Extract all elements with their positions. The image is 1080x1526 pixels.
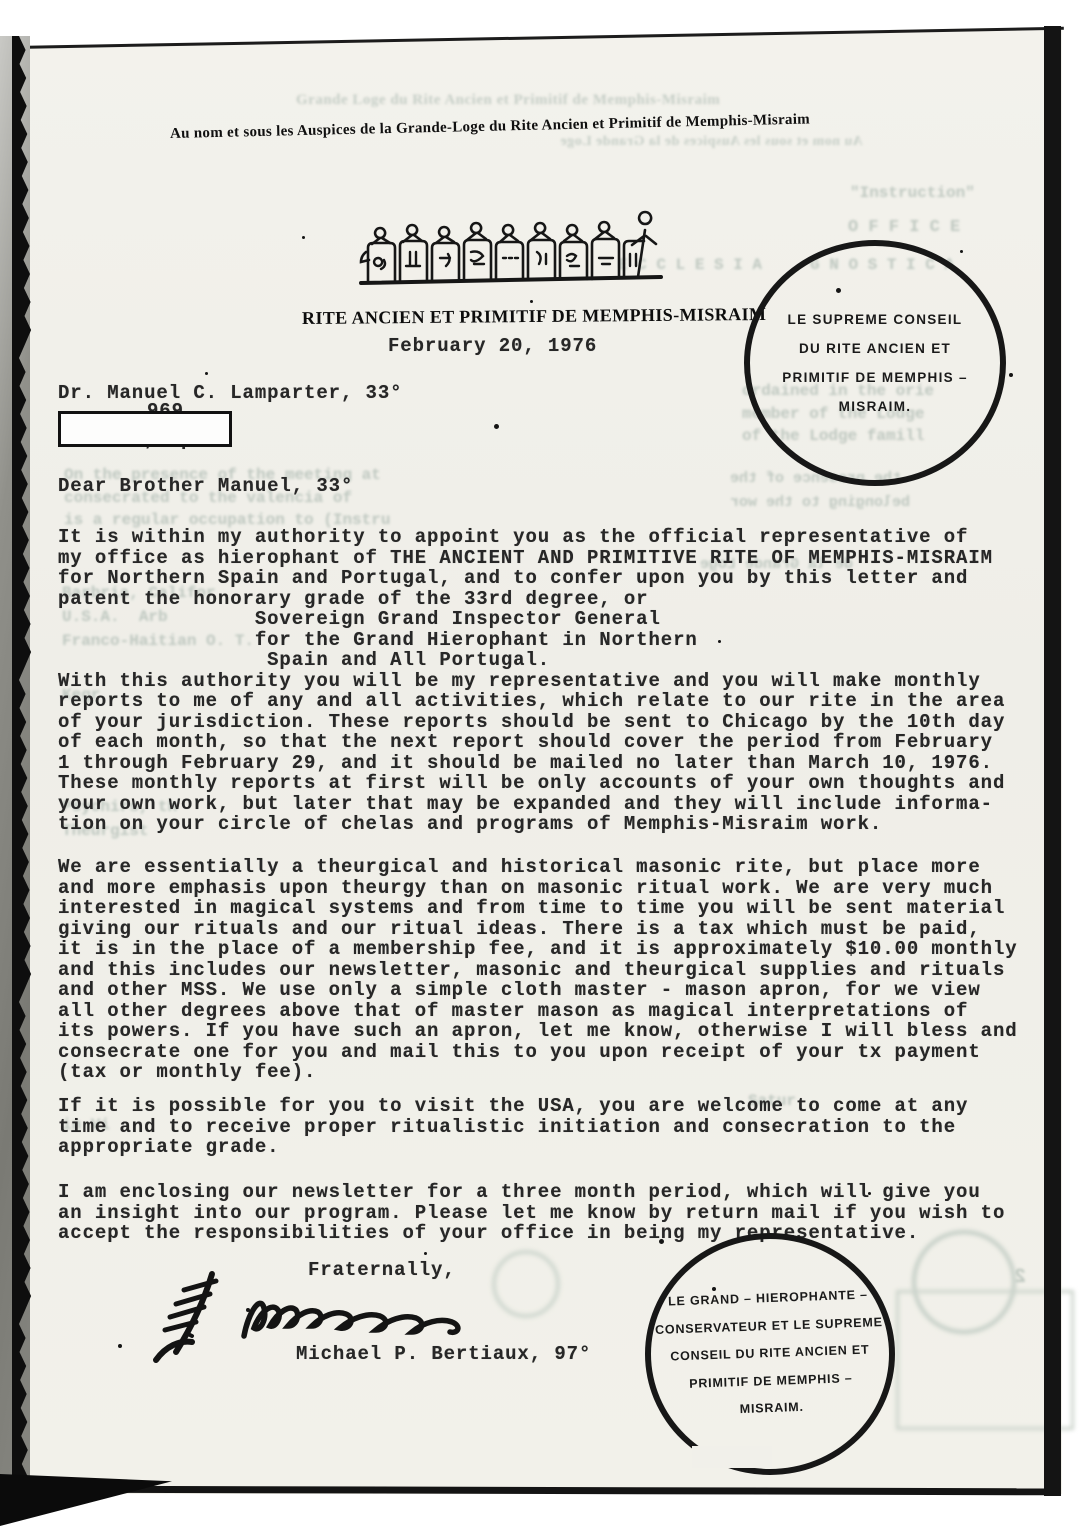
grand-hierophante-stamp-text: LE GRAND – HIEROPHANTE – CONSERVATEUR ET… [654, 1281, 886, 1426]
ink-speck [205, 372, 208, 375]
stamp-ring-gap [692, 1446, 772, 1468]
ghost-text-fragment: "Instruction" [850, 184, 975, 202]
recipient-name-line: Dr. Manuel C. Lamparter, 33° [58, 383, 402, 404]
salutation: Dear Brother Manuel, 33° [58, 476, 353, 497]
scanned-letter-page: Grande Loge du Rite Ancien et Primitif d… [0, 0, 1080, 1526]
ink-speck [530, 300, 533, 303]
signature-sigil-icon [150, 1268, 234, 1370]
ghost-text-fragment: O F F I C E [848, 218, 960, 237]
supreme-conseil-stamp: LE SUPREME CONSEIL DU RITE ANCIEN ET PRI… [744, 240, 1006, 486]
supreme-conseil-stamp-text: LE SUPREME CONSEIL DU RITE ANCIEN ET PRI… [782, 305, 968, 421]
ink-speck [494, 424, 499, 429]
ink-speck [712, 1287, 716, 1291]
body-paragraph-4: I am enclosing our newsletter for a thre… [58, 1182, 1005, 1244]
ink-speck [246, 1308, 250, 1312]
binding-torn-edge [12, 36, 38, 1494]
ghost-text-fragment: belonging to the wor [730, 494, 910, 511]
ink-speck [424, 1252, 427, 1255]
hieroglyph-procession-drawing-icon [358, 202, 664, 294]
ink-speck [659, 1239, 664, 1244]
letter-title: RITE ANCIEN ET PRIMITIF DE MEMPHIS-MISRA… [302, 304, 767, 329]
ink-speck [718, 640, 721, 643]
body-paragraph-2: We are essentially a theurgical and hist… [58, 857, 1018, 1083]
ghost-text-fragment: Grande Loge du Rite Ancien et Primitif d… [296, 92, 720, 109]
ink-speck [302, 236, 305, 239]
grand-hierophante-stamp: LE GRAND – HIEROPHANTE – CONSERVATEUR ET… [645, 1233, 895, 1475]
closing-line: Fraternally, [308, 1260, 456, 1281]
letter-date: February 20, 1976 [388, 336, 597, 357]
ink-speck [1009, 373, 1013, 377]
signature-name-line: Michael P. Bertiaux, 97° [296, 1344, 591, 1365]
ghost-text-fragment: Au nom et sous les Auspices de la Grande… [560, 134, 863, 150]
body-paragraph-3: If it is possible for you to visit the U… [58, 1096, 968, 1158]
ink-speck [118, 1344, 122, 1348]
body-paragraph-1: It is within my authority to appoint you… [58, 527, 1005, 835]
ghost-spiral-mark [492, 1250, 560, 1318]
ink-speck [868, 1192, 871, 1195]
redaction-box [58, 411, 232, 447]
ink-speck [836, 288, 841, 293]
ink-speck [960, 250, 963, 253]
page-right-edge-band [1044, 26, 1061, 1496]
